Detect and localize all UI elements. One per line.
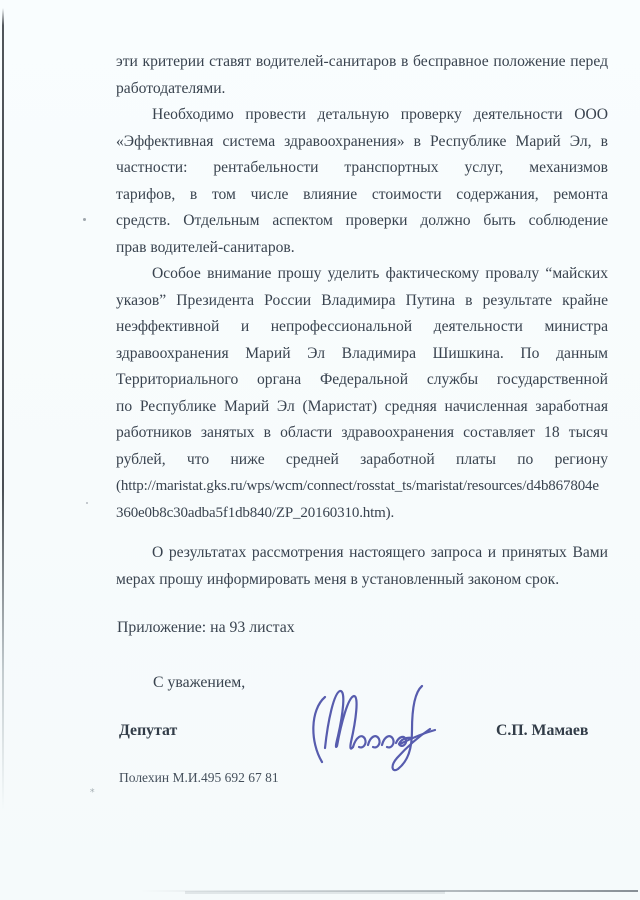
text-line: здравоохранения Марий Эл Владимира Шишки… (116, 341, 608, 368)
text-line: 360e0b8c30adba5f1db840/ZP_20160310.htm). (116, 500, 608, 527)
scanned-document-page: эти критерии ставят водителей-санитаров … (0, 0, 640, 900)
text-line: указов” Президента России Владимира Пути… (116, 288, 608, 315)
text-line: работодателями. (116, 76, 608, 103)
text-line: средств. Отдельным аспектом проверки дол… (116, 208, 608, 235)
signer-title: Депутат (119, 721, 177, 741)
text-line: тарифов, в том числе влияние стоимости с… (116, 182, 608, 209)
text-line: О результатах рассмотрения настоящего за… (116, 540, 608, 567)
text-line: «Эффективная система здравоохранения» в … (116, 129, 608, 156)
text-line: Территориального органа Федеральной служ… (116, 367, 608, 394)
attachment-note: Приложение: на 93 листах (117, 618, 295, 638)
executor-contact: Полехин М.И.495 692 67 81 (119, 768, 279, 788)
scan-speck (83, 218, 86, 221)
text-line: Необходимо провести детальную проверку д… (116, 102, 608, 129)
text-line: по Республике Марий Эл (Маристат) средня… (116, 394, 608, 421)
text-line: (http://maristat.gks.ru/wps/wcm/connect/… (116, 473, 608, 500)
text-line: прав водителей-санитаров. (116, 235, 608, 262)
text-line: эти критерии ставят водителей-санитаров … (116, 49, 608, 76)
text-line: частности: рентабельности транспортных у… (116, 155, 608, 182)
text-line: мерах прошу информировать меня в установ… (116, 567, 608, 594)
scan-edge-left (2, 8, 4, 880)
signature-handwriting-icon (298, 676, 460, 780)
valediction: С уважением, (153, 673, 245, 693)
scan-speck (86, 502, 88, 504)
signer-name: С.П. Мамаев (496, 721, 588, 741)
scan-edge-bottom-smudge (185, 891, 445, 894)
text-line: рублей, что ниже средней заработной плат… (116, 447, 608, 474)
text-line: работников занятых в области здравоохран… (116, 420, 608, 447)
body-paragraphs: эти критерии ставят водителей-санитаров … (116, 49, 608, 526)
text-line: неэффективной и непрофессиональной деяте… (116, 314, 608, 341)
text-line: Особое внимание прошу уделить фактическо… (116, 261, 608, 288)
closing-paragraph: О результатах рассмотрения настоящего за… (116, 540, 608, 593)
scan-speck: ⁎ (90, 783, 100, 795)
